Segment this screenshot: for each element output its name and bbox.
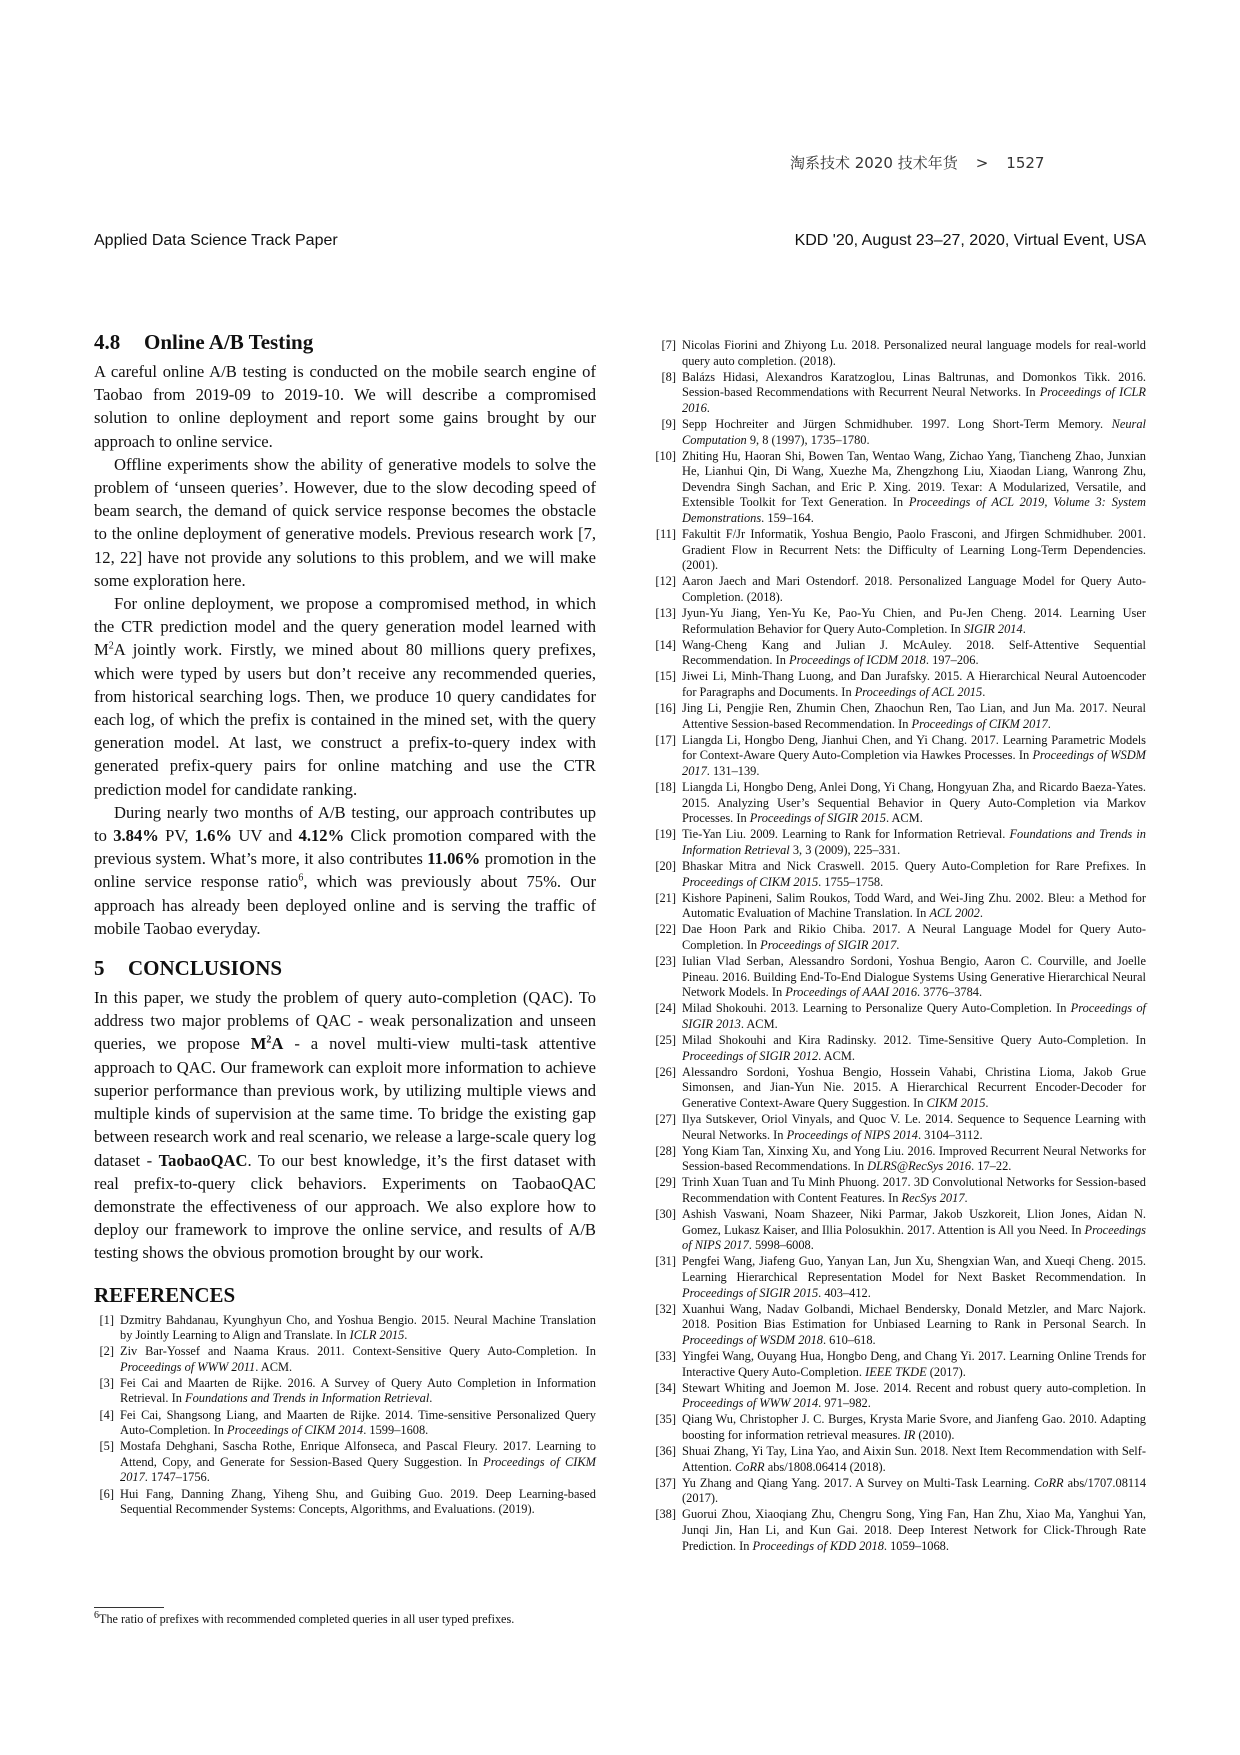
reference-item: [33]Yingfei Wang, Ouyang Hua, Hongbo Den…: [648, 1349, 1146, 1380]
references-heading: REFERENCES: [94, 1283, 596, 1308]
reference-item: [26]Alessandro Sordoni, Yoshua Bengio, H…: [648, 1065, 1146, 1112]
reference-item: [3]Fei Cai and Maarten de Rijke. 2016. A…: [94, 1376, 596, 1407]
reference-item: [34]Stewart Whiting and Joemon M. Jose. …: [648, 1381, 1146, 1412]
reference-item: [36]Shuai Zhang, Yi Tay, Lina Yao, and A…: [648, 1444, 1146, 1475]
reference-item: [13]Jyun-Yu Jiang, Yen-Yu Ke, Pao-Yu Chi…: [648, 606, 1146, 637]
paragraph: Offline experiments show the ability of …: [94, 453, 596, 592]
paragraph: In this paper, we study the problem of q…: [94, 986, 596, 1264]
reference-item: [9]Sepp Hochreiter and Jürgen Schmidhube…: [648, 417, 1146, 448]
reference-item: [31]Pengfei Wang, Jiafeng Guo, Yanyan La…: [648, 1254, 1146, 1301]
reference-item: [11]Fakultit F/Jr Informatik, Yoshua Ben…: [648, 527, 1146, 574]
reference-item: [14]Wang-Cheng Kang and Julian J. McAule…: [648, 638, 1146, 669]
uv-metric: 1.6%: [195, 826, 232, 845]
reference-item: [32]Xuanhui Wang, Nadav Golbandi, Michae…: [648, 1302, 1146, 1349]
reference-item: [12]Aaron Jaech and Mari Ostendorf. 2018…: [648, 574, 1146, 605]
reference-item: [28]Yong Kiam Tan, Xinxing Xu, and Yong …: [648, 1144, 1146, 1175]
dataset-name: TaobaoQAC: [159, 1151, 248, 1170]
section-heading-4-8: 4.8Online A/B Testing: [94, 330, 596, 355]
reference-item: [29]Trinh Xuan Tuan and Tu Minh Phuong. …: [648, 1175, 1146, 1206]
reference-item: [30]Ashish Vaswani, Noam Shazeer, Niki P…: [648, 1207, 1146, 1254]
response-ratio-metric: 11.06%: [427, 849, 480, 868]
reference-item: [17]Liangda Li, Hongbo Deng, Jianhui Che…: [648, 733, 1146, 780]
reference-item: [23]Iulian Vlad Serban, Alessandro Sordo…: [648, 954, 1146, 1001]
reference-item: [1]Dzmitry Bahdanau, Kyunghyun Cho, and …: [94, 1313, 596, 1344]
collection-title: 淘系技术 2020 技术年货: [790, 154, 958, 172]
reference-item: [8]Balázs Hidasi, Alexandros Karatzoglou…: [648, 370, 1146, 417]
reference-item: [24]Milad Shokouhi. 2013. Learning to Pe…: [648, 1001, 1146, 1032]
reference-item: [15]Jiwei Li, Minh-Thang Luong, and Dan …: [648, 669, 1146, 700]
reference-item: [20]Bhaskar Mitra and Nick Craswell. 201…: [648, 859, 1146, 890]
reference-item: [6]Hui Fang, Danning Zhang, Yiheng Shu, …: [94, 1487, 596, 1518]
reference-item: [18]Liangda Li, Hongbo Deng, Anlei Dong,…: [648, 780, 1146, 827]
footnote: 6The ratio of prefixes with recommended …: [94, 1612, 514, 1627]
footnote-divider: [94, 1607, 164, 1608]
right-column: [7]Nicolas Fiorini and Zhiyong Lu. 2018.…: [648, 338, 1146, 1555]
reference-item: [37]Yu Zhang and Qiang Yang. 2017. A Sur…: [648, 1476, 1146, 1507]
reference-item: [22]Dae Hoon Park and Rikio Chiba. 2017.…: [648, 922, 1146, 953]
section-heading-5: 5CONCLUSIONS: [94, 956, 596, 981]
collection-banner: 淘系技术 2020 技术年货>1527: [790, 152, 1044, 173]
reference-item: [4]Fei Cai, Shangsong Liang, and Maarten…: [94, 1408, 596, 1439]
left-column: 4.8Online A/B Testing A careful online A…: [94, 330, 596, 1518]
reference-item: [19]Tie-Yan Liu. 2009. Learning to Rank …: [648, 827, 1146, 858]
reference-item: [38]Guorui Zhou, Xiaoqiang Zhu, Chengru …: [648, 1507, 1146, 1554]
reference-item: [35]Qiang Wu, Christopher J. C. Burges, …: [648, 1412, 1146, 1443]
reference-item: [10]Zhiting Hu, Haoran Shi, Bowen Tan, W…: [648, 449, 1146, 527]
reference-item: [27]Ilya Sutskever, Oriol Vinyals, and Q…: [648, 1112, 1146, 1143]
reference-item: [2]Ziv Bar-Yossef and Naama Kraus. 2011.…: [94, 1344, 596, 1375]
reference-list-right: [7]Nicolas Fiorini and Zhiyong Lu. 2018.…: [648, 338, 1146, 1554]
reference-list-left: [1]Dzmitry Bahdanau, Kyunghyun Cho, and …: [94, 1313, 596, 1518]
reference-item: [5]Mostafa Dehghani, Sascha Rothe, Enriq…: [94, 1439, 596, 1486]
paragraph: For online deployment, we propose a comp…: [94, 592, 596, 801]
track-label: Applied Data Science Track Paper: [94, 232, 338, 250]
reference-item: [16]Jing Li, Pengjie Ren, Zhumin Chen, Z…: [648, 701, 1146, 732]
running-head: Applied Data Science Track Paper KDD '20…: [94, 232, 1146, 250]
click-metric: 4.12%: [299, 826, 345, 845]
pv-metric: 3.84%: [113, 826, 159, 845]
reference-item: [7]Nicolas Fiorini and Zhiyong Lu. 2018.…: [648, 338, 1146, 369]
reference-item: [25]Milad Shokouhi and Kira Radinsky. 20…: [648, 1033, 1146, 1064]
paragraph: A careful online A/B testing is conducte…: [94, 360, 596, 453]
reference-item: [21]Kishore Papineni, Salim Roukos, Todd…: [648, 891, 1146, 922]
conference-label: KDD '20, August 23–27, 2020, Virtual Eve…: [795, 232, 1146, 250]
breadcrumb-separator: >: [976, 154, 989, 172]
page-number: 1527: [1006, 154, 1044, 172]
paragraph: During nearly two months of A/B testing,…: [94, 801, 596, 940]
